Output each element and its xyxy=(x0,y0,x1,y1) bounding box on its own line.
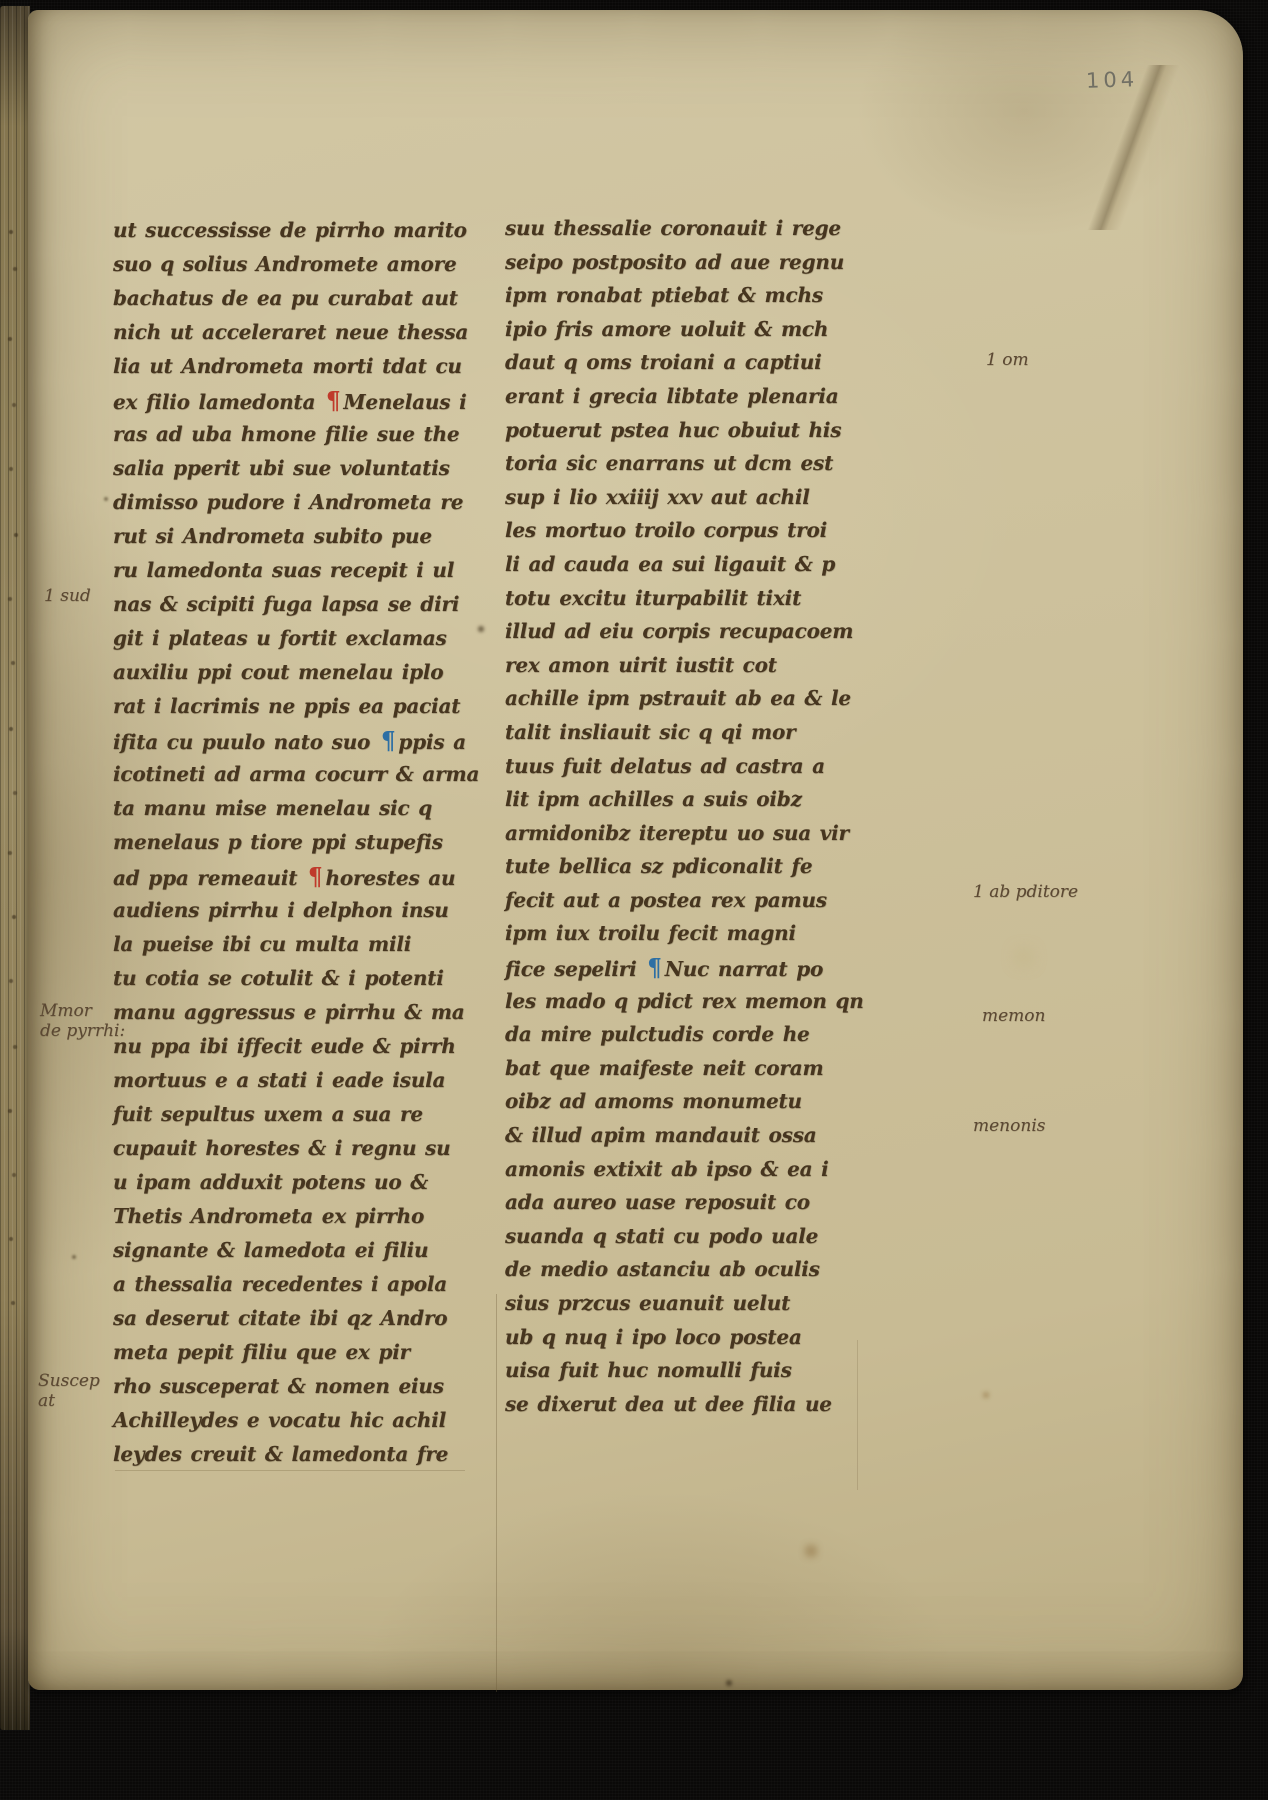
manuscript-text-line: ub q nuq i ipo loco postea xyxy=(505,1324,877,1359)
manuscript-text-line: ifita cu puulo nato suo ¶ppis a xyxy=(113,727,471,762)
manuscript-text-line: git i plateas u fortit exclamas xyxy=(113,625,471,660)
manuscript-text-line: suo q solius Andromete amore xyxy=(113,251,471,286)
manuscript-text-line: meta pepit filiu que ex pir xyxy=(113,1339,471,1374)
manuscript-text-line: Achilleydes e vocatu hic achil xyxy=(113,1407,471,1442)
manuscript-text-line: ipm iux troilu fecit magni xyxy=(505,921,877,956)
page-edge-text-fragments xyxy=(0,6,2,8)
manuscript-text-line: signante & lamedota ei filiu xyxy=(113,1237,471,1272)
manuscript-text-line: ta manu mise menelau sic q xyxy=(113,795,471,830)
manuscript-text-line: illud ad eiu corpis recupacoem xyxy=(505,618,877,653)
margin-gloss-right-3: memon xyxy=(982,1006,1045,1026)
manuscript-text-segment: Nuc narrat po xyxy=(665,956,823,981)
manuscript-text-line: lia ut Andrometa morti tdat cu xyxy=(113,353,471,388)
manuscript-text-line: nas & scipiti fuga lapsa se diri xyxy=(113,591,471,626)
manuscript-text-line: nich ut acceleraret neue thessa xyxy=(113,319,471,354)
manuscript-text-line: tu cotia se cotulit & i potenti xyxy=(113,965,471,1000)
manuscript-text-line: nu ppa ibi iffecit eude & pirrh xyxy=(113,1033,471,1068)
manuscript-text-line: ipm ronabat ptiebat & mchs xyxy=(505,283,877,318)
manuscript-text-line: totu excitu iturpabilit tixit xyxy=(505,585,877,620)
manuscript-text-line: auxiliu ppi cout menelau iplo xyxy=(113,659,471,694)
manuscript-text-line: suu thessalie coronauit i rege xyxy=(505,215,877,250)
manuscript-text-segment: ex filio lamedonta xyxy=(113,389,324,414)
manuscript-text-segment: Menelaus i xyxy=(343,389,466,414)
manuscript-text-line: bat que maifeste neit coram xyxy=(505,1055,877,1090)
manuscript-text-line: leydes creuit & lamedonta fre xyxy=(113,1441,471,1476)
manuscript-text-line: salia pperit ubi sue voluntatis xyxy=(113,455,471,490)
manuscript-text-line: sup i lio xxiiij xxv aut achil xyxy=(505,484,877,519)
ruling-line-vertical xyxy=(496,1294,497,1692)
photo-background: { "page": { "folio_number": "104", "colo… xyxy=(0,0,1268,1800)
manuscript-text-line: fice sepeliri ¶Nuc narrat po xyxy=(505,954,877,989)
manuscript-text-line: ipio fris amore uoluit & mch xyxy=(505,316,877,351)
text-column-left: ut successisse de pirrho maritosuo q sol… xyxy=(113,218,471,1476)
manuscript-text-line: mortuus e a stati i eade isula xyxy=(113,1067,471,1102)
manuscript-text-line: da mire pulctudis corde he xyxy=(505,1022,877,1057)
manuscript-text-line: ras ad uba hmone filie sue the xyxy=(113,421,471,456)
manuscript-text-line: les mado q pdict rex memon qn xyxy=(505,988,877,1023)
manuscript-text-line: u ipam adduxit potens uo & xyxy=(113,1169,471,1204)
margin-gloss-left-3: Suscep at xyxy=(38,1371,100,1411)
manuscript-text-line: rho susceperat & nomen eius xyxy=(113,1373,471,1408)
manuscript-text-line: oibz ad amoms monumetu xyxy=(505,1089,877,1124)
manuscript-text-line: rut si Andrometa subito pue xyxy=(113,523,471,558)
margin-gloss-right-4: menonis xyxy=(973,1116,1045,1136)
manuscript-text-line: rex amon uirit iustit cot xyxy=(505,652,877,687)
manuscript-text-line: a thessalia recedentes i apola xyxy=(113,1271,471,1306)
manuscript-text-line: sa deserut citate ibi qz Andro xyxy=(113,1305,471,1340)
manuscript-text-line: ex filio lamedonta ¶Menelaus i xyxy=(113,387,471,422)
manuscript-text-segment: ppis a xyxy=(398,729,466,754)
manuscript-text-line: audiens pirrhu i delphon insu xyxy=(113,897,471,932)
manuscript-text-line: erant i grecia libtate plenaria xyxy=(505,383,877,418)
manuscript-text-line: cupauit horestes & i regnu su xyxy=(113,1135,471,1170)
manuscript-text-line: la pueise ibi cu multa mili xyxy=(113,931,471,966)
manuscript-text-line: fuit sepultus uxem a sua re xyxy=(113,1101,471,1136)
manuscript-text-line: les mortuo troilo corpus troi xyxy=(505,518,877,553)
manuscript-text-line: amonis extixit ab ipso & ea i xyxy=(505,1156,877,1191)
parchment-stains xyxy=(28,10,30,12)
manuscript-text-line: toria sic enarrans ut dcm est xyxy=(505,450,877,485)
manuscript-text-line: uisa fuit huc nomulli fuis xyxy=(505,1358,877,1393)
manuscript-text-segment: ad ppa remeauit xyxy=(113,865,306,890)
manuscript-text-line: icotineti ad arma cocurr & arma xyxy=(113,761,471,796)
manuscript-text-line: ut successisse de pirrho marito xyxy=(113,217,471,252)
manuscript-text-segment: fice sepeliri xyxy=(505,956,645,981)
manuscript-text-line: ad ppa remeauit ¶horestes au xyxy=(113,863,471,898)
manuscript-text-line: tuus fuit delatus ad castra a xyxy=(505,753,877,788)
manuscript-text-segment: horestes au xyxy=(325,865,455,890)
margin-gloss-right-1: 1 om xyxy=(986,350,1029,370)
text-column-right: suu thessalie coronauit i regeseipo post… xyxy=(505,216,877,1425)
manuscript-text-segment: ifita cu puulo nato suo xyxy=(113,729,379,754)
manuscript-page: 104 ut successisse de pirrho maritosuo q… xyxy=(28,10,1243,1690)
book-page-edges xyxy=(0,6,30,1730)
manuscript-text-line: menelaus p tiore ppi stupefis xyxy=(113,829,471,864)
manuscript-text-line: armidonibz itereptu uo sua vir xyxy=(505,820,877,855)
manuscript-text-line: & illud apim mandauit ossa xyxy=(505,1122,877,1157)
manuscript-text-line: de medio astanciu ab oculis xyxy=(505,1257,877,1292)
manuscript-text-line: talit insliauit sic q qi mor xyxy=(505,719,877,754)
manuscript-text-line: seipo postposito ad aue regnu xyxy=(505,249,877,284)
ruling-line-vertical xyxy=(857,1340,858,1490)
margin-gloss-right-2: 1 ab pditore xyxy=(973,882,1078,902)
manuscript-text-line: rat i lacrimis ne ppis ea paciat xyxy=(113,693,471,728)
manuscript-text-line: suanda q stati cu podo uale xyxy=(505,1223,877,1258)
paraph-mark-red: ¶ xyxy=(324,387,343,415)
paraph-mark-blue: ¶ xyxy=(379,727,398,755)
ruling-line-horizontal xyxy=(115,1470,465,1471)
manuscript-text-line: tute bellica sz pdiconalit fe xyxy=(505,854,877,889)
manuscript-text-line: lit ipm achilles a suis oibz xyxy=(505,786,877,821)
manuscript-text-line: daut q oms troiani a captiui xyxy=(505,350,877,385)
manuscript-text-line: sius przcus euanuit uelut xyxy=(505,1290,877,1325)
manuscript-text-line: ru lamedonta suas recepit i ul xyxy=(113,557,471,592)
paraph-mark-red: ¶ xyxy=(306,863,325,891)
manuscript-text-line: li ad cauda ea sui ligauit & p xyxy=(505,551,877,586)
manuscript-text-line: Thetis Andrometa ex pirrho xyxy=(113,1203,471,1238)
manuscript-text-line: achille ipm pstrauit ab ea & le xyxy=(505,686,877,721)
folio-number: 104 xyxy=(1086,67,1139,93)
paraph-mark-blue: ¶ xyxy=(645,954,664,982)
manuscript-text-line: dimisso pudore i Andrometa re xyxy=(113,489,471,524)
manuscript-text-line: potuerut pstea huc obuiut his xyxy=(505,417,877,452)
margin-gloss-left-2: Mmor de pyrrhi: xyxy=(40,1001,125,1041)
manuscript-text-line: ada aureo uase reposuit co xyxy=(505,1190,877,1225)
manuscript-text-line: manu aggressus e pirrhu & ma xyxy=(113,999,471,1034)
manuscript-text-line: bachatus de ea pu curabat aut xyxy=(113,285,471,320)
margin-gloss-left-1: 1 sud xyxy=(44,586,91,606)
manuscript-text-line: fecit aut a postea rex pamus xyxy=(505,887,877,922)
manuscript-text-line: se dixerut dea ut dee filia ue xyxy=(505,1391,877,1426)
